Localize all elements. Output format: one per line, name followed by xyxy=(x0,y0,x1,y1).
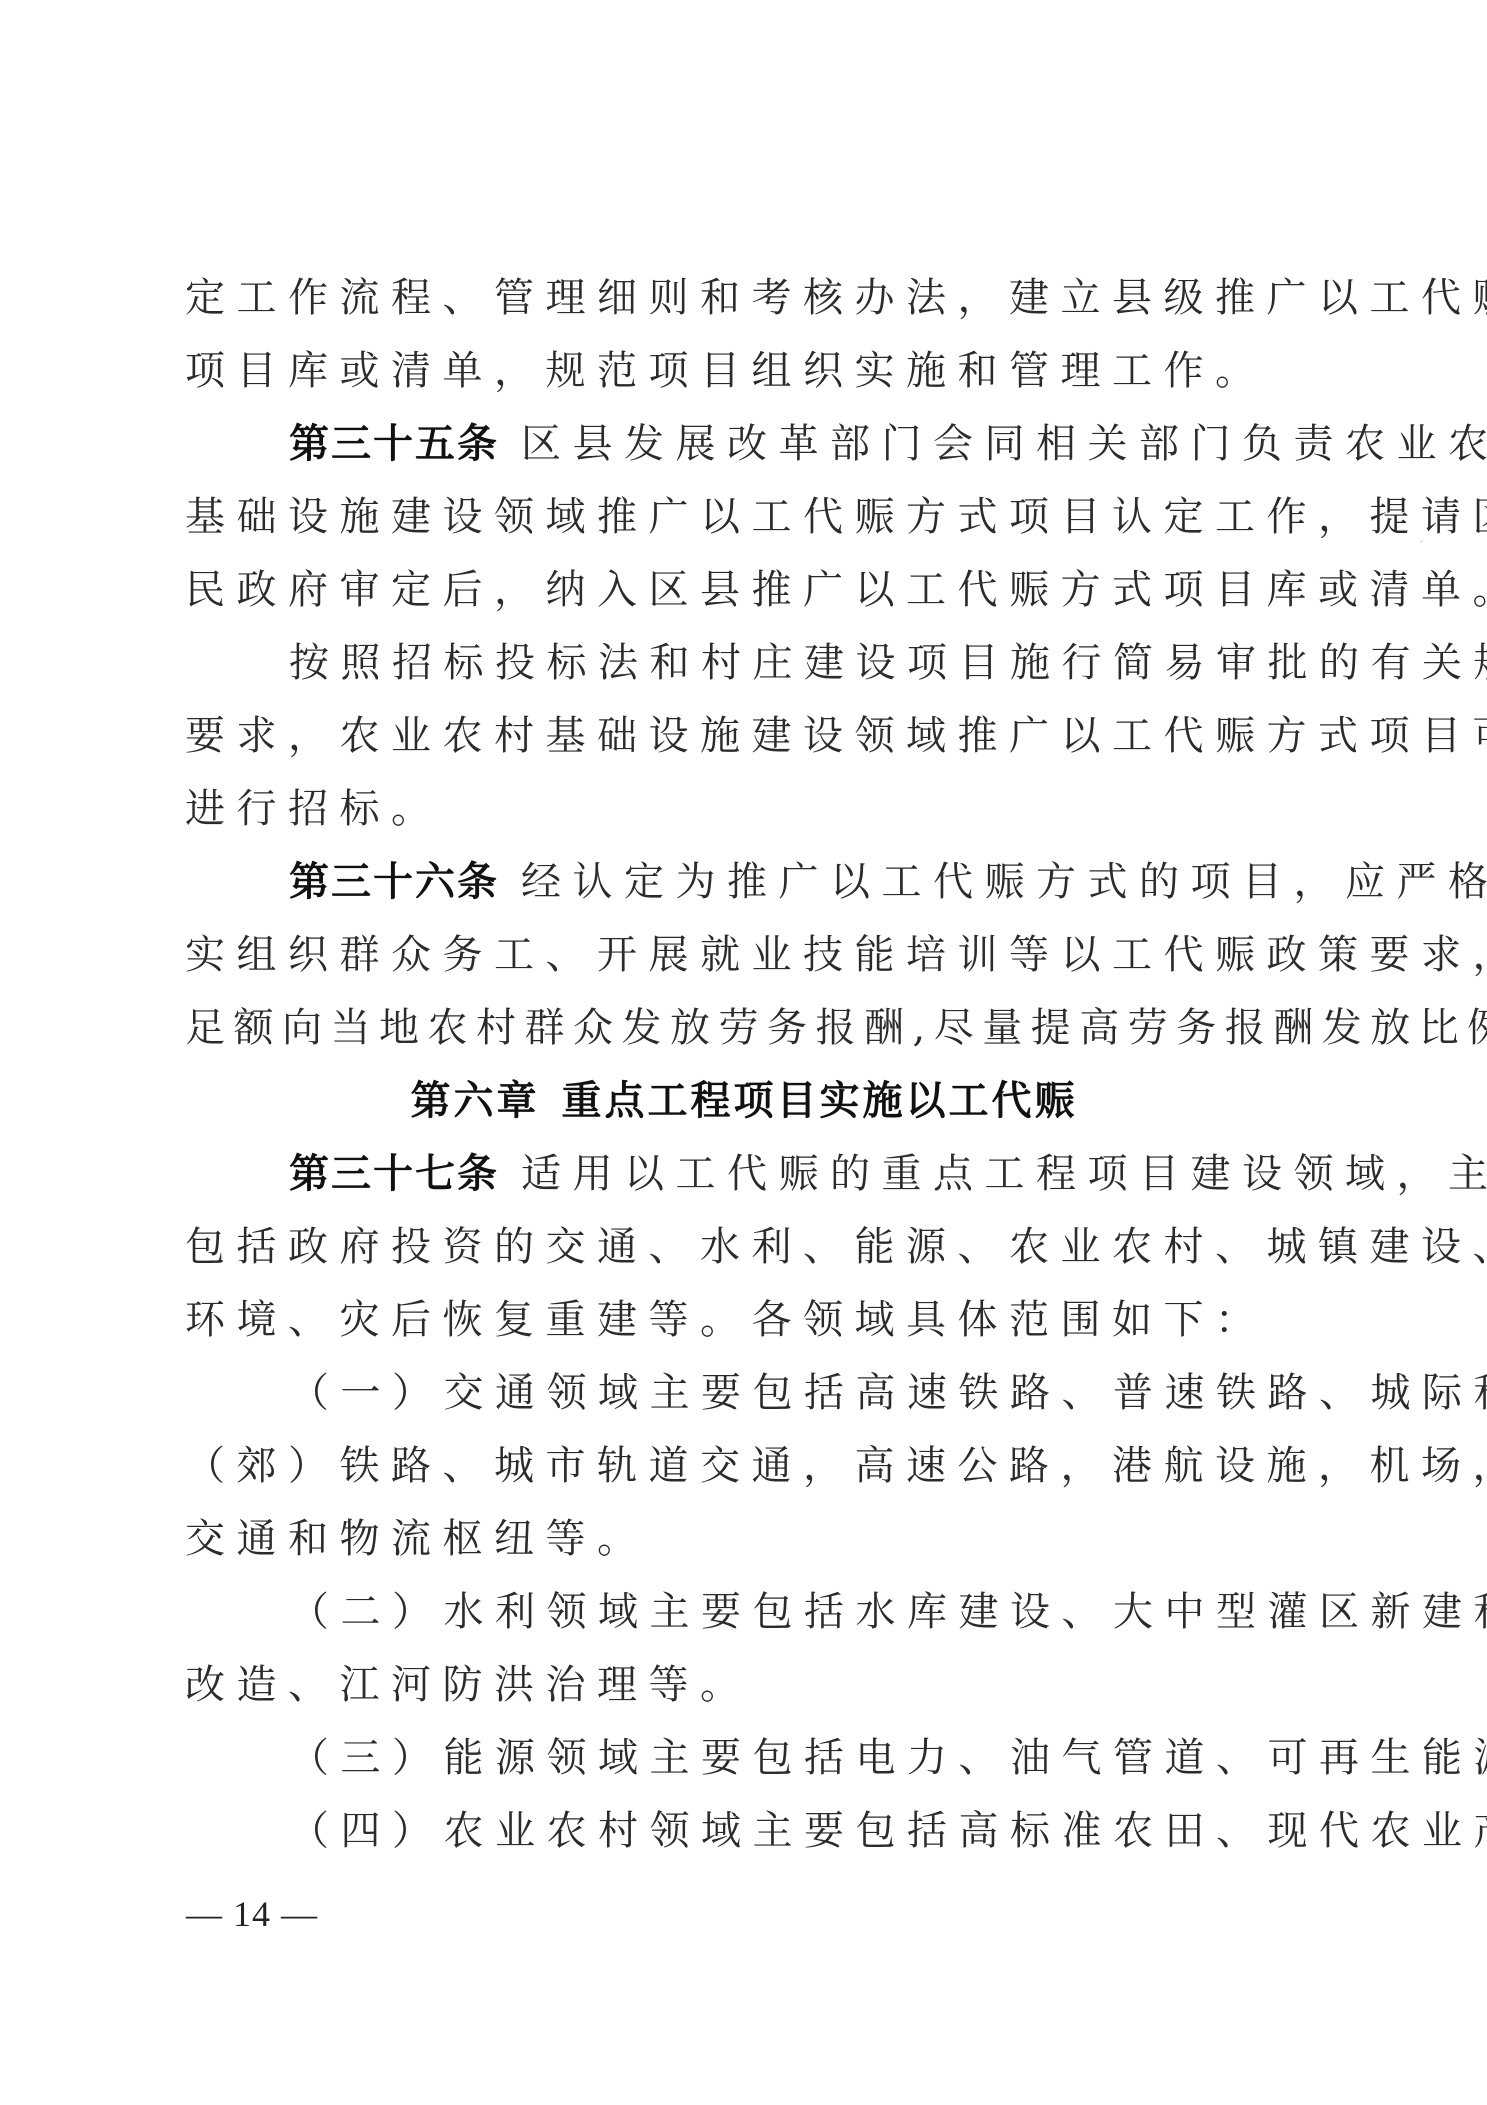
chapter-title: 重点工程项目实施以工代赈 xyxy=(562,1078,1078,1124)
article-label: 第三十五条 xyxy=(289,421,499,467)
text-line: 要求，农业农村基础设施建设领域推广以工代赈方式项目可以不 xyxy=(185,700,1303,773)
text-run: 区县发展改革部门会同相关部门负责农业农村 xyxy=(521,421,1487,467)
text-line: 进行招标。 xyxy=(185,773,1303,846)
chapter-heading: 第六章重点工程项目实施以工代赈 xyxy=(185,1065,1303,1138)
list-item-4-first-line: （四）农业农村领域主要包括高标准农田、现代农业产业园 xyxy=(185,1795,1303,1868)
text-line: （郊）铁路、城市轨道交通，高速公路，港航设施，机场，综合 xyxy=(185,1430,1303,1503)
text-line: 包括政府投资的交通、水利、能源、农业农村、城镇建设、生态 xyxy=(185,1211,1303,1284)
chapter-number: 第六章 xyxy=(411,1078,540,1124)
text-line: 实组织群众务工、开展就业技能培训等以工代赈政策要求，及时 xyxy=(185,919,1303,992)
list-item-1-first-line: （一）交通领域主要包括高速铁路、普速铁路、城际和市域 xyxy=(185,1357,1303,1430)
article-label: 第三十七条 xyxy=(289,1151,499,1197)
paragraph-first-line: 按照招标投标法和村庄建设项目施行简易审批的有关规定 xyxy=(185,627,1303,700)
text-line: 足额向当地农村群众发放劳务报酬,尽量提高劳务报酬发放比例。 xyxy=(185,992,1303,1065)
text-run: 适用以工代赈的重点工程项目建设领域，主要 xyxy=(521,1151,1487,1197)
text-line: 定工作流程、管理细则和考核办法，建立县级推广以工代赈方式 xyxy=(185,262,1303,335)
scan-artifact xyxy=(1434,1244,1437,1247)
article-37-first-line: 第三十七条适用以工代赈的重点工程项目建设领域，主要 xyxy=(185,1138,1303,1211)
text-line: 环境、灾后恢复重建等。各领域具体范围如下： xyxy=(185,1284,1303,1357)
article-36-first-line: 第三十六条经认定为推广以工代赈方式的项目，应严格落 xyxy=(185,846,1303,919)
article-35-first-line: 第三十五条区县发展改革部门会同相关部门负责农业农村 xyxy=(185,408,1303,481)
list-item-3-first-line: （三）能源领域主要包括电力、油气管道、可再生能源等。 xyxy=(185,1722,1303,1795)
list-item-2-first-line: （二）水利领域主要包括水库建设、大中型灌区新建和配套 xyxy=(185,1576,1303,1649)
text-line: 交通和物流枢纽等。 xyxy=(185,1503,1303,1576)
text-run: 经认定为推广以工代赈方式的项目，应严格落 xyxy=(521,859,1487,905)
scan-artifact xyxy=(1420,540,1423,543)
text-line: 项目库或清单，规范项目组织实施和管理工作。 xyxy=(185,335,1303,408)
text-line: 民政府审定后，纳入区县推广以工代赈方式项目库或清单。 xyxy=(185,554,1303,627)
text-line: 改造、江河防洪治理等。 xyxy=(185,1649,1303,1722)
article-label: 第三十六条 xyxy=(289,859,499,905)
document-page: 定工作流程、管理细则和考核办法，建立县级推广以工代赈方式 项目库或清单，规范项目… xyxy=(185,262,1303,1868)
text-line: 基础设施建设领域推广以工代赈方式项目认定工作，提请区县人 xyxy=(185,481,1303,554)
page-number: — 14 — xyxy=(186,1893,318,1935)
